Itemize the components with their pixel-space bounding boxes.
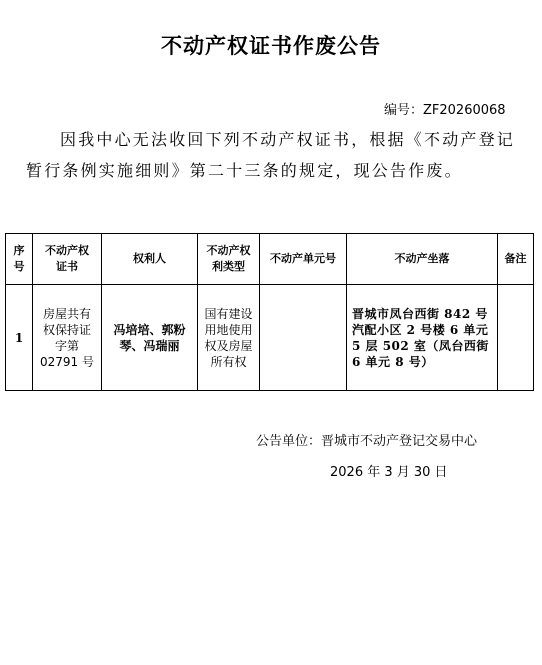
header-owner: 权利人 <box>102 234 198 285</box>
paragraph-text: 因我中心无法收回下列不动产权证书，根据《不动产登记暂行条例实施细则》第二十三条的… <box>26 130 515 180</box>
cell-seq: 1 <box>6 285 33 391</box>
cell-right-type: 国有建设用地使用权及房屋所有权 <box>198 285 260 391</box>
cell-remark <box>498 285 534 391</box>
cell-unit-no <box>260 285 347 391</box>
header-unit-no: 不动产单元号 <box>260 234 347 285</box>
table-row: 1 房屋共有权保持证字第 02791 号 冯培培、郭粉琴、冯瑞丽 国有建设用地使… <box>6 285 534 391</box>
cell-certificate: 房屋共有权保持证字第 02791 号 <box>33 285 102 391</box>
notice-date: 2026 年 3 月 30 日 <box>330 461 448 480</box>
header-location: 不动产坐落 <box>347 234 498 285</box>
header-certificate: 不动产权证书 <box>33 234 102 285</box>
cell-location: 晋城市凤台西街 842 号汽配小区 2 号楼 6 单元 5 层 502 室（凤台… <box>347 285 498 391</box>
cell-owner: 冯培培、郭粉琴、冯瑞丽 <box>102 285 198 391</box>
issuer-line: 公告单位：晋城市不动产登记交易中心 <box>256 430 477 449</box>
notice-number: 编号：ZF20260068 <box>384 99 506 118</box>
header-remark: 备注 <box>498 234 534 285</box>
notice-paragraph: 因我中心无法收回下列不动产权证书，根据《不动产登记暂行条例实施细则》第二十三条的… <box>26 124 516 186</box>
table-header-row: 序号 不动产权证书 权利人 不动产权利类型 不动产单元号 不动产坐落 备注 <box>6 234 534 285</box>
header-seq: 序号 <box>6 234 33 285</box>
notice-title: 不动产权证书作废公告 <box>0 30 542 60</box>
header-right-type: 不动产权利类型 <box>198 234 260 285</box>
certificate-table: 序号 不动产权证书 权利人 不动产权利类型 不动产单元号 不动产坐落 备注 1 … <box>5 233 534 391</box>
